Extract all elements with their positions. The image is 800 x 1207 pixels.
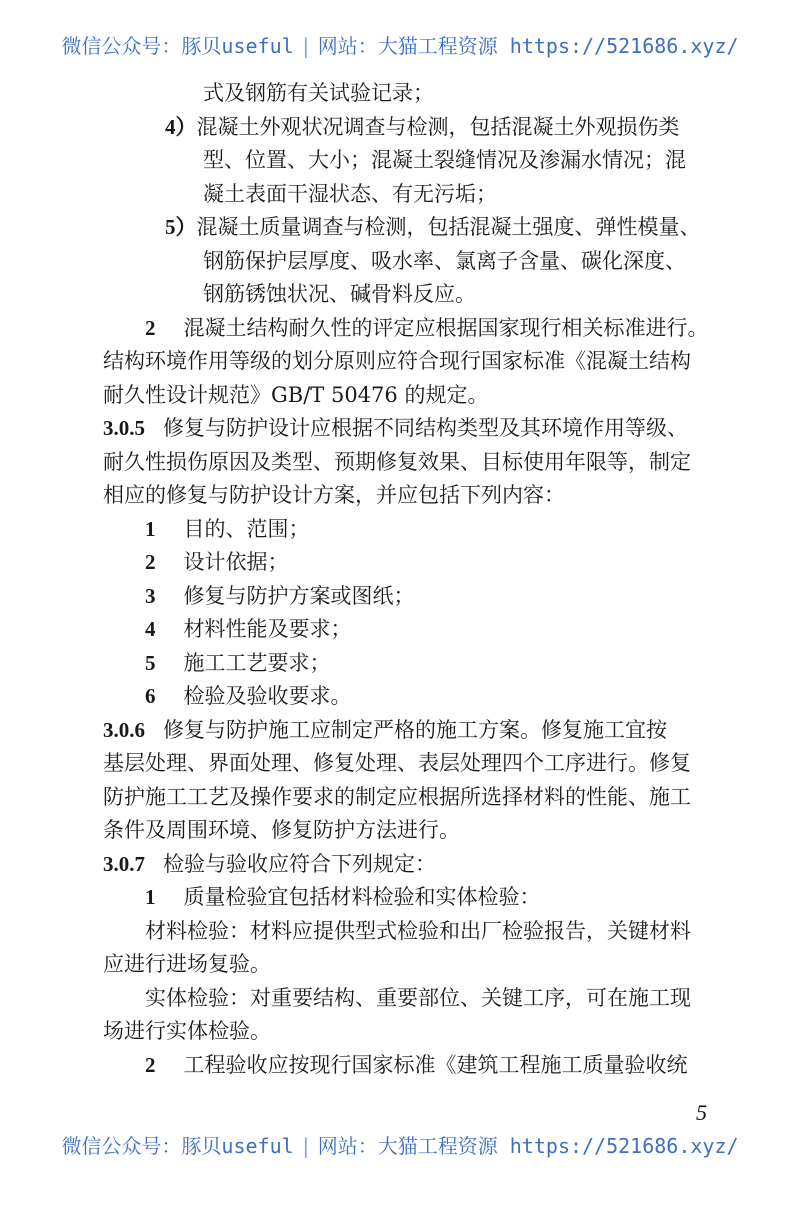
clause-3-0-6: 3.0.6修复与防护施工应制定严格的施工方案。修复施工宜按 [103, 714, 733, 748]
watermark-wechat: 微信公众号：豚贝useful [61, 1134, 293, 1158]
entity-inspection: 实体检验：对重要结构、重要部位、关键工序，可在施工现 [103, 982, 733, 1016]
watermark-website: 网站：大猫工程资源 https://521686.xyz/ [318, 1134, 739, 1158]
watermark-website: 网站：大猫工程资源 https://521686.xyz/ [318, 34, 739, 58]
document-page: 式及钢筋有关试验记录； 4）混凝土外观状况调查与检测，包括混凝土外观损伤类 型、… [103, 77, 733, 1082]
paragraph-2-line: 耐久性设计规范》GB/T 50476 的规定。 [103, 379, 733, 413]
item-3-continuation: 式及钢筋有关试验记录； [103, 77, 733, 111]
clause-3-0-5-line: 相应的修复与防护设计方案，并应包括下列内容： [103, 479, 733, 513]
sub-item-number: 5） [165, 215, 197, 239]
clause-number: 3.0.5 [103, 416, 145, 440]
clause-3-0-6-line: 条件及周围环境、修复防护方法进行。 [103, 814, 733, 848]
sub-item-5-line: 钢筋保护层厚度、吸水率、氯离子含量、碳化深度、 [103, 245, 733, 279]
sub-item-5-line: 钢筋锈蚀状况、碱骨料反应。 [103, 278, 733, 312]
sub-item-5: 5）混凝土质量调查与检测，包括混凝土强度、弹性模量、 [103, 211, 733, 245]
clause-3-0-6-line: 防护施工工艺及操作要求的制定应根据所选择材料的性能、施工 [103, 781, 733, 815]
entity-inspection-line: 场进行实体检验。 [103, 1015, 733, 1049]
list-item: 6检验及验收要求。 [103, 680, 733, 714]
watermark-separator: | [300, 34, 312, 58]
watermark-wechat: 微信公众号：豚贝useful [61, 34, 293, 58]
list-item: 1质量检验宜包括材料检验和实体检验： [103, 881, 733, 915]
sub-item-4: 4）混凝土外观状况调查与检测，包括混凝土外观损伤类 [103, 111, 733, 145]
material-inspection-line: 应进行进场复验。 [103, 948, 733, 982]
paragraph-number: 2 [145, 316, 156, 340]
sub-item-4-line: 凝土表面干湿状态、有无污垢； [103, 178, 733, 212]
list-item: 1目的、范围； [103, 513, 733, 547]
list-item: 4材料性能及要求； [103, 613, 733, 647]
list-item: 2设计依据； [103, 546, 733, 580]
clause-3-0-6-line: 基层处理、界面处理、修复处理、表层处理四个工序进行。修复 [103, 747, 733, 781]
watermark-footer: 微信公众号：豚贝useful|网站：大猫工程资源 https://521686.… [0, 1130, 800, 1159]
clause-number: 3.0.7 [103, 852, 145, 876]
list-item: 2工程验收应按现行国家标准《建筑工程施工质量验收统 [103, 1049, 733, 1083]
paragraph-2: 2混凝土结构耐久性的评定应根据国家现行相关标准进行。 [103, 312, 733, 346]
sub-item-4-line: 型、位置、大小；混凝土裂缝情况及渗漏水情况；混 [103, 144, 733, 178]
list-item: 3修复与防护方案或图纸； [103, 580, 733, 614]
page-number: 5 [696, 1100, 707, 1126]
clause-3-0-5-line: 耐久性损伤原因及类型、预期修复效果、目标使用年限等，制定 [103, 446, 733, 480]
watermark-header: 微信公众号：豚贝useful|网站：大猫工程资源 https://521686.… [0, 30, 800, 59]
clause-number: 3.0.6 [103, 718, 145, 742]
paragraph-2-line: 结构环境作用等级的划分原则应符合现行国家标准《混凝土结构 [103, 345, 733, 379]
material-inspection: 材料检验：材料应提供型式检验和出厂检验报告，关键材料 [103, 915, 733, 949]
clause-3-0-7: 3.0.7检验与验收应符合下列规定： [103, 848, 733, 882]
sub-item-number: 4） [165, 115, 197, 139]
clause-3-0-5: 3.0.5修复与防护设计应根据不同结构类型及其环境作用等级、 [103, 412, 733, 446]
watermark-separator: | [300, 1134, 312, 1158]
list-item: 5施工工艺要求； [103, 647, 733, 681]
